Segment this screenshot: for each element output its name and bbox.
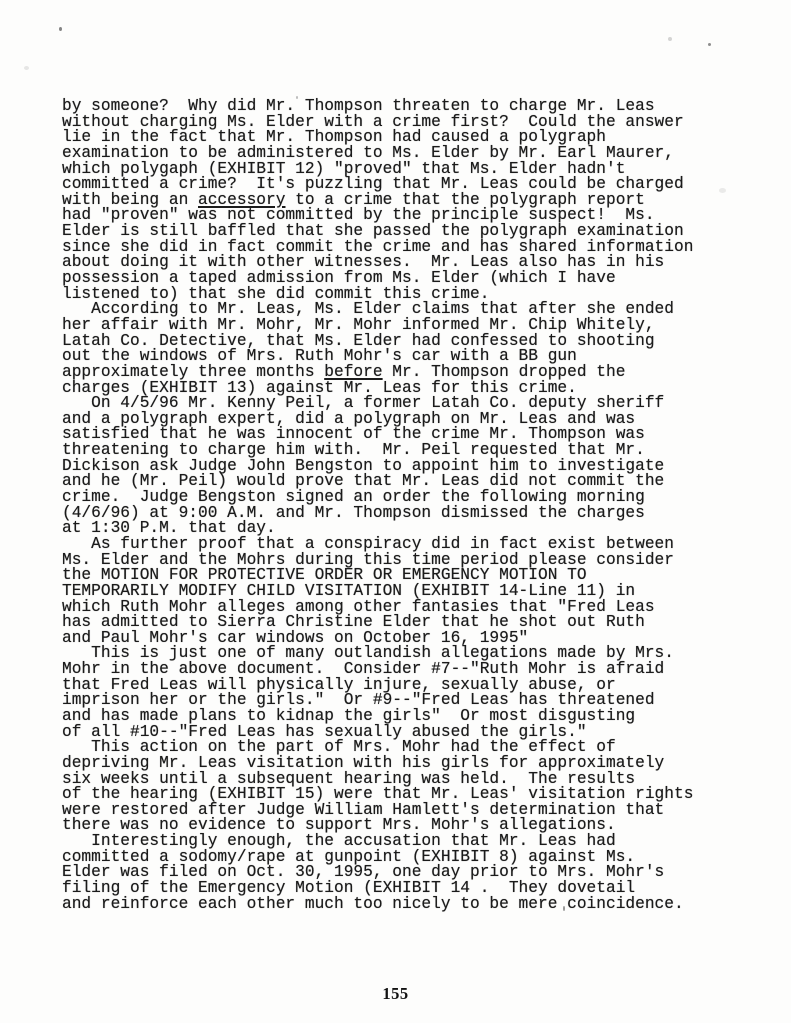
text-line: and reinforce each other much too nicely… — [62, 897, 693, 913]
paragraph: Interestingly enough, the accusation tha… — [62, 834, 693, 912]
scan-speck — [708, 43, 711, 46]
scan-speck — [668, 37, 672, 41]
paragraph: This action on the part of Mrs. Mohr had… — [62, 740, 693, 834]
paragraph: by someone? Why did Mr. Thompson threate… — [62, 99, 693, 302]
page-number: 155 — [0, 984, 791, 1004]
paragraph: On 4/5/96 Mr. Kenny Peil, a former Latah… — [62, 396, 693, 537]
scan-speck — [59, 27, 62, 31]
paragraph: As further proof that a conspiracy did i… — [62, 537, 693, 646]
paragraph: This is just one of many outlandish alle… — [62, 646, 693, 740]
scan-speck — [719, 188, 726, 193]
document-body-text: by someone? Why did Mr. Thompson threate… — [62, 99, 693, 912]
paragraph: According to Mr. Leas, Ms. Elder claims … — [62, 302, 693, 396]
scan-speck — [24, 66, 29, 70]
scanned-document-page: by someone? Why did Mr. Thompson threate… — [0, 0, 791, 1023]
